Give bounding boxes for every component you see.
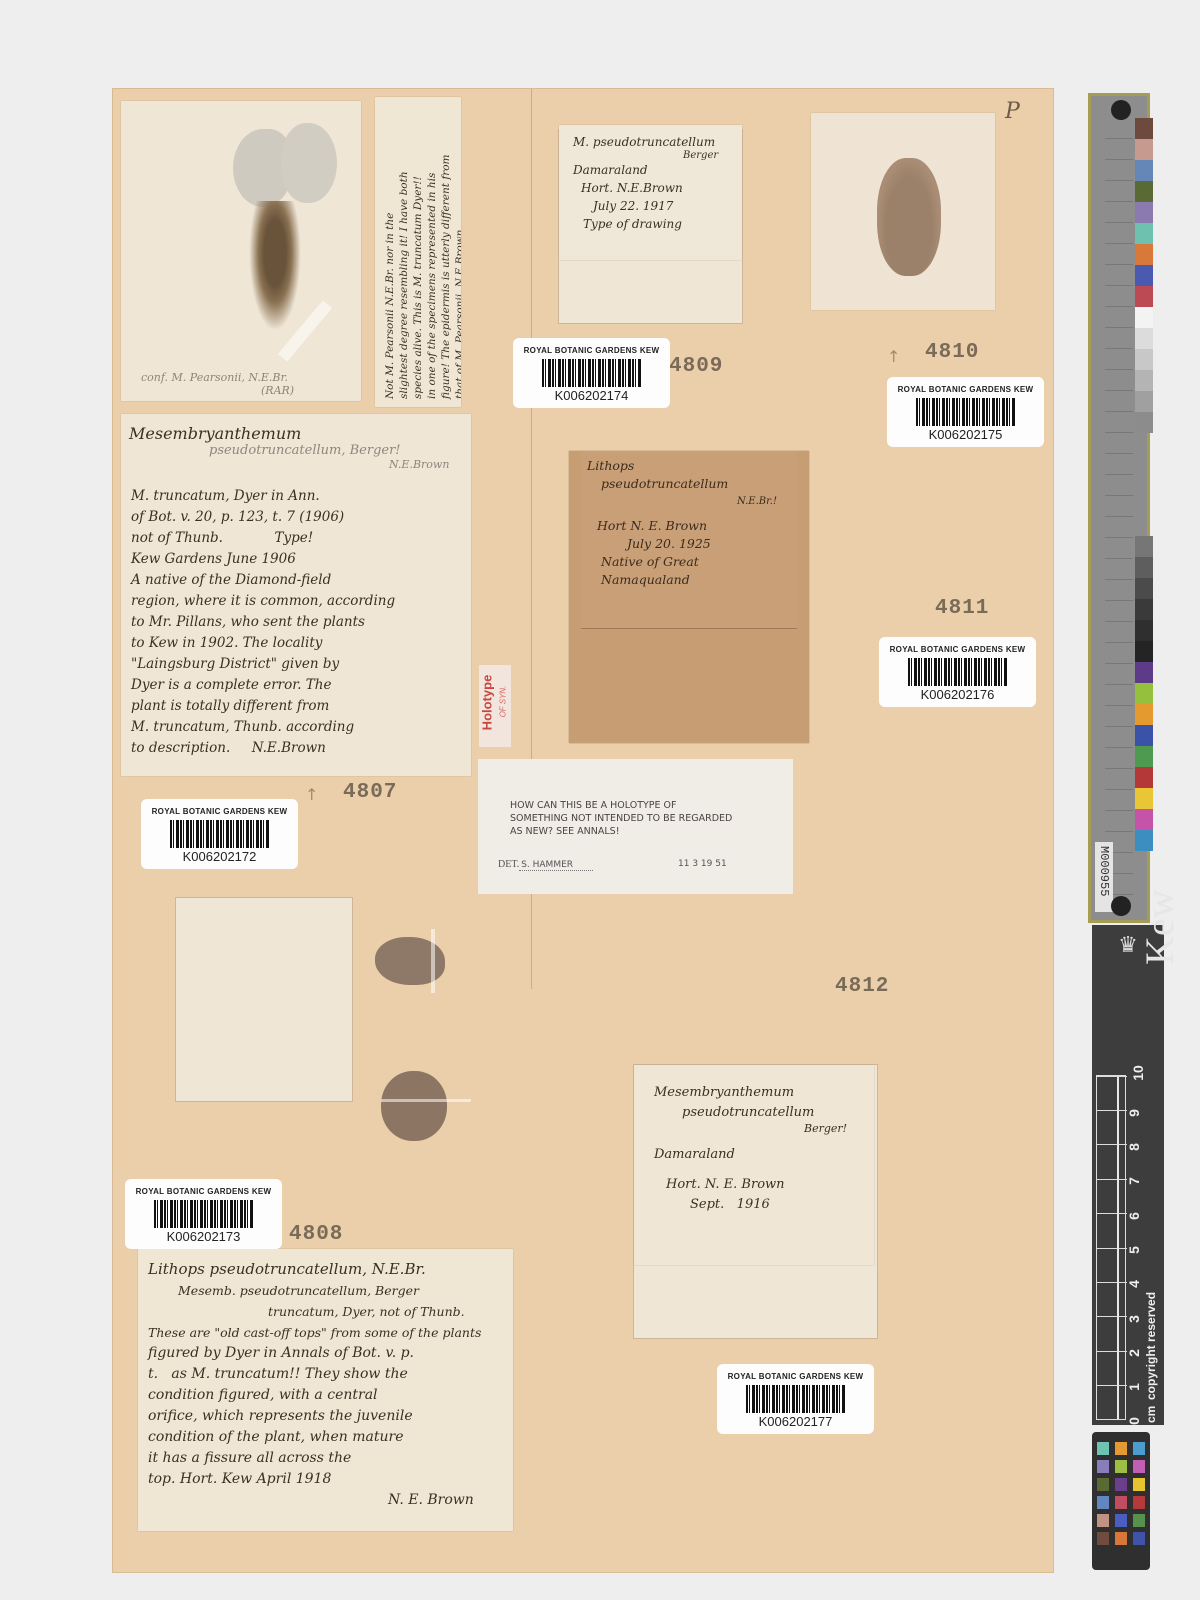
color-chip [1135,788,1153,809]
label-line: to Kew in 1902. The locality [131,633,395,654]
arrow-icon: ↑ [305,785,318,804]
label-4812-line: pseudotruncatellum [682,1103,847,1123]
barcode-label-K006202174: ROYAL BOTANIC GARDENS KEW K006202174 [513,338,670,408]
holotype-stamp-subtext: OF SYN. [498,686,507,718]
color-chip [1135,328,1153,349]
specimen-card-4810 [811,113,995,310]
color-chip [1135,557,1153,578]
specimen-card-top-left: conf. M. Pearsonii, N.E.Br. (RAR) [121,101,361,401]
label-line: to Mr. Pillans, who sent the plants [131,612,395,633]
label-4812-line: Damaraland [654,1145,847,1165]
scale-number: 7 [1126,1177,1142,1185]
registration-dot [1111,896,1131,916]
color-chip [1135,181,1153,202]
vertical-note-line: Not M. Pearsonii N.E.Br. nor in the [383,99,397,399]
color-chip [1097,1478,1109,1491]
color-chip [1133,1460,1145,1473]
label-4812-line: Hort. N. E. Brown [666,1175,847,1195]
det-note-line: AS NEW? SEE ANNALS! [510,825,732,838]
corner-mark: P [1005,99,1020,124]
color-chip [1133,1514,1145,1527]
color-chip [1135,160,1153,181]
holotype-stamp-text: Holotype [479,675,494,731]
color-chip [1115,1460,1127,1473]
color-chip [1135,265,1153,286]
specimen-fragment-2 [381,1071,447,1141]
label-4809-line: Type of drawing [583,215,718,233]
label-species-author: N.E.Brown [389,458,449,471]
color-chip [1135,244,1153,265]
color-chip [1135,809,1153,830]
color-chip [1135,704,1153,725]
mounting-strap [431,929,435,993]
color-chip [1115,1478,1127,1491]
card-caption-conf: conf. M. Pearsonii, N.E.Br. [141,371,294,384]
barcode-bars [542,359,642,387]
scale-number: 3 [1126,1315,1142,1323]
specimen-lithops-4810 [877,158,941,276]
envelope-4811: Lithops pseudotruncatellum N.E.Br.! Hort… [569,451,809,743]
label-line: Dyer is a complete error. The [131,675,395,696]
scale-number: 1 [1126,1383,1142,1391]
label-4808-line: it has a fissure all across the [148,1448,481,1469]
color-chip [1135,641,1153,662]
color-chip-card [1092,1432,1150,1570]
barcode-institution: ROYAL BOTANIC GARDENS KEW [879,645,1036,654]
barcode-institution: ROYAL BOTANIC GARDENS KEW [513,346,670,355]
det-name: S. HAMMER [519,860,593,871]
scale-number: 5 [1126,1246,1142,1254]
label-4811-line: July 20. 1925 [627,535,777,553]
color-chip [1135,370,1153,391]
color-chip [1135,349,1153,370]
label-4811-line: Native of Great [601,553,777,571]
barcode-bars [170,820,270,848]
holotype-stamp: Holotype OF SYN. [479,665,511,747]
label-4808: Lithops pseudotruncatellum, N.E.Br. Mese… [138,1249,513,1531]
color-calibration-bar: M000955 [1088,93,1150,923]
color-chip [1135,202,1153,223]
label-4808-line: These are "old cast-off tops" from some … [148,1322,481,1343]
mounting-strap [381,1099,471,1102]
scale-number: 2 [1126,1349,1142,1357]
color-chip [1135,139,1153,160]
envelope-4812: Mesembryanthemum pseudotruncatellum Berg… [633,1064,878,1339]
color-chip [1135,830,1153,851]
scale-number: 10 [1130,1065,1146,1081]
label-4809-line: Berger [683,151,718,161]
label-4811-line: N.E.Br.! [737,493,777,511]
label-line: not of Thunb. Type! [131,528,395,549]
color-chip [1133,1496,1145,1509]
label-4811-line: Hort N. E. Brown [597,517,777,535]
barcode-label-K006202173: ROYAL BOTANIC GARDENS KEW K006202173 [125,1179,282,1249]
catalog-number-4810: 4810 [925,341,979,364]
label-4808-line: condition figured, with a central [148,1385,481,1406]
barcode-institution: ROYAL BOTANIC GARDENS KEW [141,807,298,816]
det-note-line: HOW CAN THIS BE A HOLOTYPE OF [510,799,732,812]
color-chip [1135,599,1153,620]
label-4809-line: M. pseudotruncatellum [573,133,718,151]
det-prefix: DET. [498,859,519,870]
main-type-label: Mesembryanthemum pseudotruncatellum, Ber… [121,414,471,776]
label-line: plant is totally different from [131,696,395,717]
label-line: M. truncatum, Dyer in Ann. [131,486,395,507]
specimen-lithops-top-2 [281,123,337,203]
vertical-note-line: that of M. Pearsonii. N.E.Brown. [453,99,461,399]
color-chip [1135,223,1153,244]
barcode-code: K006202173 [125,1229,282,1244]
density-legend [1105,118,1133,898]
color-chip [1115,1442,1127,1455]
label-line: A native of the Diamond-field [131,570,395,591]
catalog-number-4807: 4807 [343,781,397,804]
color-chips-top [1135,118,1153,433]
scale-number: 9 [1126,1109,1142,1117]
color-chip [1135,725,1153,746]
barcode-code: K006202174 [513,388,670,403]
color-chip [1135,746,1153,767]
color-chip [1135,767,1153,788]
barcode-bars [916,398,1016,426]
kew-logo: Kew [1136,889,1183,965]
vertical-note-label: Not M. Pearsonii N.E.Br. nor in the slig… [375,97,461,407]
color-bar-id: M000955 [1095,842,1113,912]
catalog-number-4812: 4812 [835,975,889,998]
label-4809: M. pseudotruncatellum Berger Damaraland … [559,125,742,260]
herbarium-sheet: P conf. M. Pearsonii, N.E.Br. (RAR) Not … [112,88,1054,1573]
barcode-label-K006202177: ROYAL BOTANIC GARDENS KEW K006202177 [717,1364,874,1434]
color-chip [1097,1496,1109,1509]
label-genus: Mesembryanthemum [129,424,449,443]
label-4808-line: Lithops pseudotruncatellum, N.E.Br. [148,1259,481,1280]
catalog-number-4811: 4811 [935,597,989,620]
color-chip [1133,1478,1145,1491]
det-note-line: SOMETHING NOT INTENDED TO BE REGARDED [510,812,732,825]
color-chip [1133,1442,1145,1455]
cm-ruler [1096,1075,1126,1420]
barcode-code: K006202172 [141,849,298,864]
color-chip [1135,412,1153,433]
color-chip [1097,1532,1109,1545]
color-chips-bottom [1135,536,1153,851]
color-chip [1135,683,1153,704]
label-4809-line: July 22. 1917 [593,197,718,215]
label-species: pseudotruncatellum, Berger! [209,443,449,458]
label-4811-line: pseudotruncatellum [601,475,777,493]
copyright-text: copyright reserved [1144,1292,1158,1400]
determination-slip: HOW CAN THIS BE A HOLOTYPE OF SOMETHING … [478,759,793,894]
color-chip [1135,620,1153,641]
color-chip [1115,1532,1127,1545]
scale-unit: cm [1144,1406,1158,1423]
label-4811-line: Lithops [587,457,777,475]
color-chip [1135,118,1153,139]
label-4808-line: figured by Dyer in Annals of Bot. v. p. [148,1343,481,1364]
color-chip [1135,662,1153,683]
label-4812-line: Sept. 1916 [690,1195,847,1215]
label-line: to description. N.E.Brown [131,738,395,759]
color-chip [1135,307,1153,328]
catalog-number-4809: 4809 [669,355,723,378]
label-4809-line: Damaraland [573,161,718,179]
barcode-institution: ROYAL BOTANIC GARDENS KEW [125,1187,282,1196]
envelope-4809: M. pseudotruncatellum Berger Damaraland … [558,129,743,324]
envelope-empty [175,897,353,1102]
color-chip [1097,1460,1109,1473]
label-4808-line: orifice, which represents the juvenile [148,1406,481,1427]
label-line: region, where it is common, according [131,591,395,612]
vertical-note-line: slightest degree resembling it! I have b… [397,99,411,399]
scale-number: 4 [1126,1280,1142,1288]
label-4812-line: Mesembryanthemum [654,1083,847,1103]
arrow-icon: ↑ [887,347,900,366]
barcode-bars [154,1200,254,1228]
label-4808-line: top. Hort. Kew April 1918 [148,1469,481,1490]
barcode-code: K006202175 [887,427,1044,442]
barcode-code: K006202176 [879,687,1036,702]
color-chip [1135,286,1153,307]
label-4811-line: Namaqualand [601,571,777,589]
barcode-bars [908,658,1008,686]
barcode-bars [746,1385,846,1413]
label-line: M. truncatum, Thunb. according [131,717,395,738]
barcode-institution: ROYAL BOTANIC GARDENS KEW [887,385,1044,394]
color-chip [1097,1514,1109,1527]
barcode-label-K006202175: ROYAL BOTANIC GARDENS KEW K006202175 [887,377,1044,447]
color-chip [1135,391,1153,412]
color-chip [1135,578,1153,599]
label-4808-line: N. E. Brown [388,1490,481,1511]
label-line: of Bot. v. 20, p. 123, t. 7 (1906) [131,507,395,528]
scale-number: 6 [1126,1212,1142,1220]
scale-number: 8 [1126,1143,1142,1151]
barcode-code: K006202177 [717,1414,874,1429]
label-4808-line: t. as M. truncatum!! They show the [148,1364,481,1385]
vertical-note-line: species alive. This is M. truncatum Dyer… [411,99,425,399]
specimen-roots [249,201,301,331]
vertical-note-line: in one of the specimens represented in h… [425,99,439,399]
color-chip [1097,1442,1109,1455]
vertical-note-line: figure! The epidermis is utterly differe… [439,99,453,399]
color-chip [1135,536,1153,557]
registration-dot [1111,100,1131,120]
label-4812: Mesembryanthemum pseudotruncatellum Berg… [634,1065,874,1265]
barcode-institution: ROYAL BOTANIC GARDENS KEW [717,1372,874,1381]
label-4808-line: condition of the plant, when mature [148,1427,481,1448]
label-4809-line: Hort. N.E.Brown [581,179,718,197]
label-4808-line: Mesemb. pseudotruncatellum, Berger [178,1280,481,1301]
color-chip [1115,1496,1127,1509]
label-line: "Laingsburg District" given by [131,654,395,675]
barcode-label-K006202176: ROYAL BOTANIC GARDENS KEW K006202176 [879,637,1036,707]
color-chip [1115,1514,1127,1527]
barcode-label-K006202172: ROYAL BOTANIC GARDENS KEW K006202172 [141,799,298,869]
label-4812-line: Berger! [804,1123,847,1135]
scale-number: 0 [1126,1417,1142,1425]
kew-scale-bar: ♛ Kew 10 9 8 7 6 5 4 3 2 1 0 copyright r… [1092,925,1164,1425]
color-chip [1133,1532,1145,1545]
label-4808-line: truncatum, Dyer, not of Thunb. [268,1301,481,1322]
catalog-number-4808: 4808 [289,1223,343,1246]
label-line: Kew Gardens June 1906 [131,549,395,570]
det-date: 11 3 19 51 [678,859,727,869]
card-caption-initials: (RAR) [261,384,294,397]
